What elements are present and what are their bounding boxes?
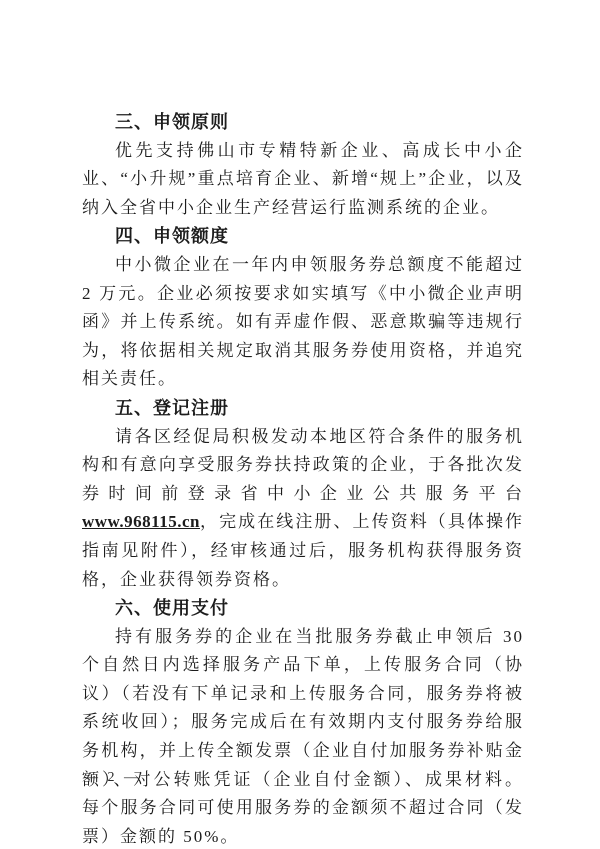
section-application-principles: 三、申领原则 优先支持佛山市专精特新企业、高成长中小企业、“小升规”重点培育企业… [82,108,524,222]
document-content: 三、申领原则 优先支持佛山市专精特新企业、高成长中小企业、“小升规”重点培育企业… [82,108,524,849]
section-usage-payment: 六、使用支付 持有服务券的企业在当批服务券截止申领后 30 个自然日内选择服务产… [82,594,524,849]
section-heading: 三、申领原则 [82,108,524,137]
section-body: 持有服务券的企业在当批服务券截止申领后 30 个自然日内选择服务产品下单，上传服… [82,623,524,849]
section-body-text-before-link: 请各区经促局积极发动本地区符合条件的服务机构和有意向享受服务券扶持政策的企业，于… [82,427,524,503]
section-heading: 五、登记注册 [82,394,524,423]
section-body: 请各区经促局积极发动本地区符合条件的服务机构和有意向享受服务券扶持政策的企业，于… [82,423,524,595]
page-number: — 2 — [84,770,141,786]
document-page: 三、申领原则 优先支持佛山市专精特新企业、高成长中小企业、“小升规”重点培育企业… [0,0,600,849]
section-heading: 六、使用支付 [82,594,524,623]
section-body: 优先支持佛山市专精特新企业、高成长中小企业、“小升规”重点培育企业、新增“规上”… [82,137,524,223]
section-heading: 四、申领额度 [82,222,524,251]
section-application-quota: 四、申领额度 中小微企业在一年内申领服务券总额度不能超过 2 万元。企业必须按要… [82,222,524,394]
platform-url-link[interactable]: www.968115.cn [82,512,200,531]
section-registration: 五、登记注册 请各区经促局积极发动本地区符合条件的服务机构和有意向享受服务券扶持… [82,394,524,594]
section-body: 中小微企业在一年内申领服务券总额度不能超过 2 万元。企业必须按要求如实填写《中… [82,251,524,394]
